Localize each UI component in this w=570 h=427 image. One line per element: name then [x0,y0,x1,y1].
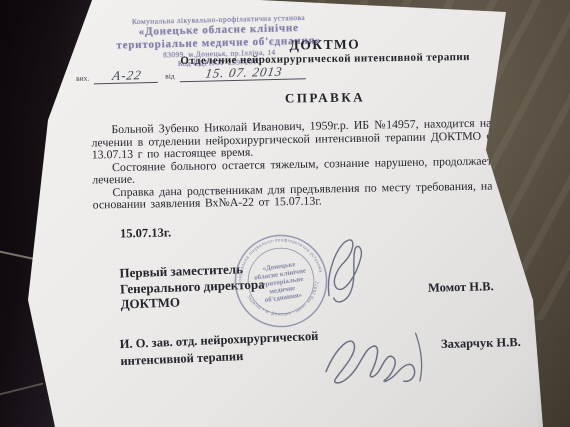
signatory-1-name: Момот Н.В. [428,279,494,296]
momot-signature [309,230,376,314]
outgoing-number-label: вих. [76,73,89,84]
photographed-medical-certificate: { "colors": { "paper": "#edebe9", "desk_… [0,0,570,427]
desk-scratch [0,382,43,395]
document-header: ДОКТМО Отделение нейрохирургической инте… [155,35,495,69]
signatory-2-name: Захарчук Н.В. [441,335,521,352]
zakharchuk-signature [318,320,434,390]
issue-date: 15.07.13г. [120,225,171,241]
date-from-label: від [165,71,175,82]
certificate-paper-sheet: Комунальна лікувально-профілактична уста… [0,0,570,427]
document-title: СПРАВКА [155,88,495,109]
handwritten-outgoing-number: А-22 [94,67,160,85]
handwritten-date: 15. 07. 2013 [179,63,307,82]
certificate-body: Больной Зубенко Николай Иванович, 1959г.… [91,117,492,211]
body-paragraph-3: Справка дана родственникам для предъявле… [92,179,492,211]
signatory-2-role: И. О. зав. отд. нейрохирургической интен… [119,328,319,370]
